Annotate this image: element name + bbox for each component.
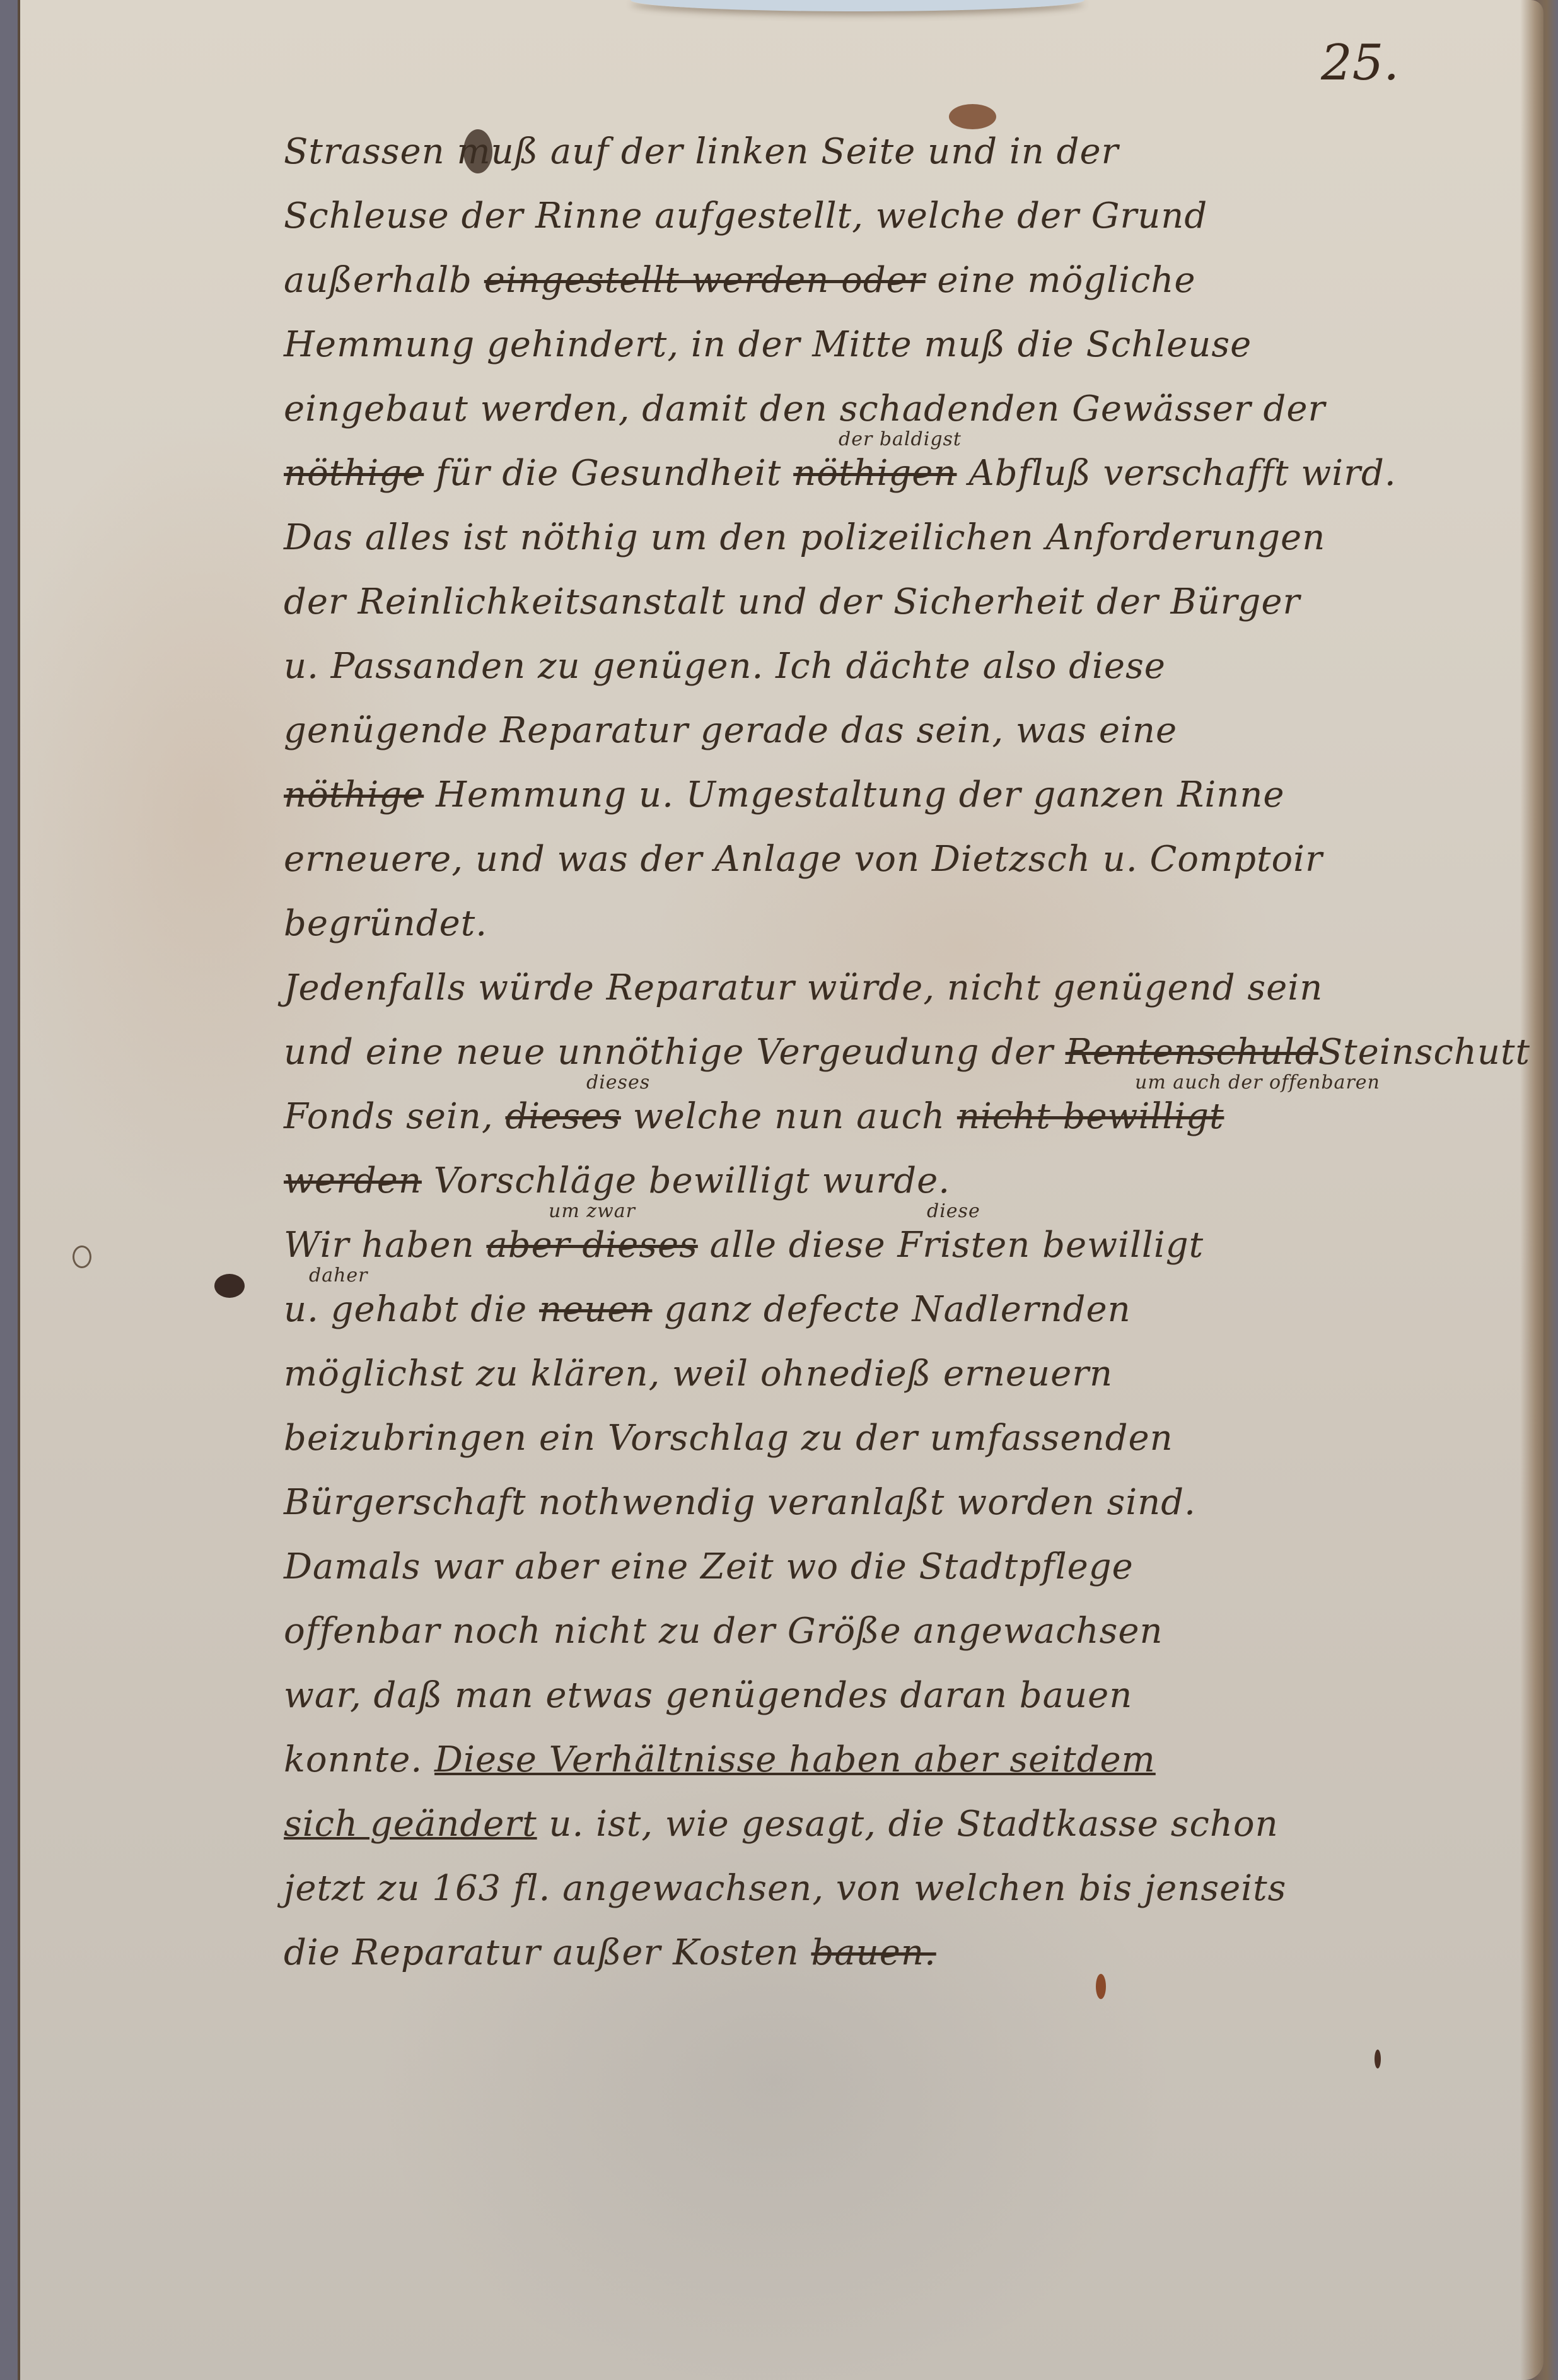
text-line-16: dieses um auch der offenbaren Fonds sein… xyxy=(284,1085,1482,1149)
interlinear-insertion: daher xyxy=(309,1266,368,1285)
text-line-13: begründet. xyxy=(284,892,1482,956)
underlined-text: sich geändert xyxy=(284,1804,537,1845)
text-line-20: möglichst zu klären, weil ohnedieß erneu… xyxy=(284,1342,1482,1406)
text-line-26: konnte. Diese Verhältnisse haben aber se… xyxy=(284,1728,1482,1792)
interlinear-insertion: um auch der offenbaren xyxy=(1135,1073,1380,1092)
text-line-8: der Reinlichkeitsanstalt und der Sicherh… xyxy=(284,570,1482,634)
text-line-27: sich geändert u. ist, wie gesagt, die St… xyxy=(284,1792,1482,1857)
binding-edge xyxy=(18,0,20,2380)
underlined-text: Diese Verhältnisse haben aber seitdem xyxy=(434,1739,1156,1780)
text-line-24: offenbar noch nicht zu der Größe angewac… xyxy=(284,1599,1482,1664)
text-line-11: nöthige Hemmung u. Umgestaltung der ganz… xyxy=(284,763,1482,827)
text-line-12: erneuere, und was der Anlage von Dietzsc… xyxy=(284,827,1482,892)
text-line-6: der baldigst nöthige für die Gesundheit … xyxy=(284,441,1482,506)
text-line-19: daher u. gehabt die neuen ganz defecte N… xyxy=(284,1278,1482,1342)
interlinear-insertion: der baldigst xyxy=(839,430,962,449)
struck-text: aber dieses xyxy=(486,1225,697,1266)
text-line-9: u. Passanden zu genügen. Ich dächte also… xyxy=(284,634,1482,699)
struck-text: Rentenschuld xyxy=(1066,1032,1318,1073)
text-line-1: Strassen muß auf der linken Seite und in… xyxy=(284,120,1482,184)
struck-text: nicht bewilligt xyxy=(957,1096,1224,1137)
struck-text: eingestellt werden oder xyxy=(484,260,926,301)
text-line-22: Bürgerschaft nothwendig veranlaßt worden… xyxy=(284,1471,1482,1535)
struck-text: bauen. xyxy=(811,1932,936,1973)
text-line-3: außerhalb eingestellt werden oder eine m… xyxy=(284,248,1482,313)
interlinear-insertion: dieses xyxy=(586,1073,650,1092)
text-line-18: um zwar diese Wir haben aber dieses alle… xyxy=(284,1213,1482,1278)
struck-text: nöthigen xyxy=(793,453,956,494)
text-line-28: jetzt zu 163 fl. angewachsen, von welche… xyxy=(284,1857,1482,1921)
manuscript-text: Strassen muß auf der linken Seite und in… xyxy=(284,120,1482,1985)
struck-text: nöthige xyxy=(284,774,424,815)
text-line-23: Damals war aber eine Zeit wo die Stadtpf… xyxy=(284,1535,1482,1599)
text-line-10: genügende Reparatur gerade das sein, was… xyxy=(284,699,1482,763)
folio-number: 25. xyxy=(1321,35,1399,91)
text-line-21: beizubringen ein Vorschlag zu der umfass… xyxy=(284,1406,1482,1471)
text-line-17: werden Vorschläge bewilligt wurde. xyxy=(284,1149,1482,1213)
text-line-14: Jedenfalls würde Reparatur würde, nicht … xyxy=(284,956,1482,1020)
text-line-2: Schleuse der Rinne aufgestellt, welche d… xyxy=(284,184,1482,248)
text-line-25: war, daß man etwas genügendes daran baue… xyxy=(284,1664,1482,1728)
paper-mark xyxy=(73,1245,91,1268)
interlinear-insertion: diese xyxy=(927,1202,980,1221)
ink-blot xyxy=(214,1274,245,1298)
page-worn-edge xyxy=(1520,0,1558,2380)
ink-mark xyxy=(1375,2050,1381,2068)
text-line-4: Hemmung gehindert, in der Mitte muß die … xyxy=(284,313,1482,377)
interlinear-insertion: um zwar xyxy=(549,1202,636,1221)
text-line-7: Das alles ist nöthig um den polizeiliche… xyxy=(284,506,1482,570)
struck-text: werden xyxy=(284,1160,422,1201)
struck-text: nöthige xyxy=(284,453,424,494)
struck-text: neuen xyxy=(539,1289,652,1330)
struck-text: dieses xyxy=(505,1096,621,1137)
text-line-29: die Reparatur außer Kosten bauen. xyxy=(284,1921,1482,1985)
